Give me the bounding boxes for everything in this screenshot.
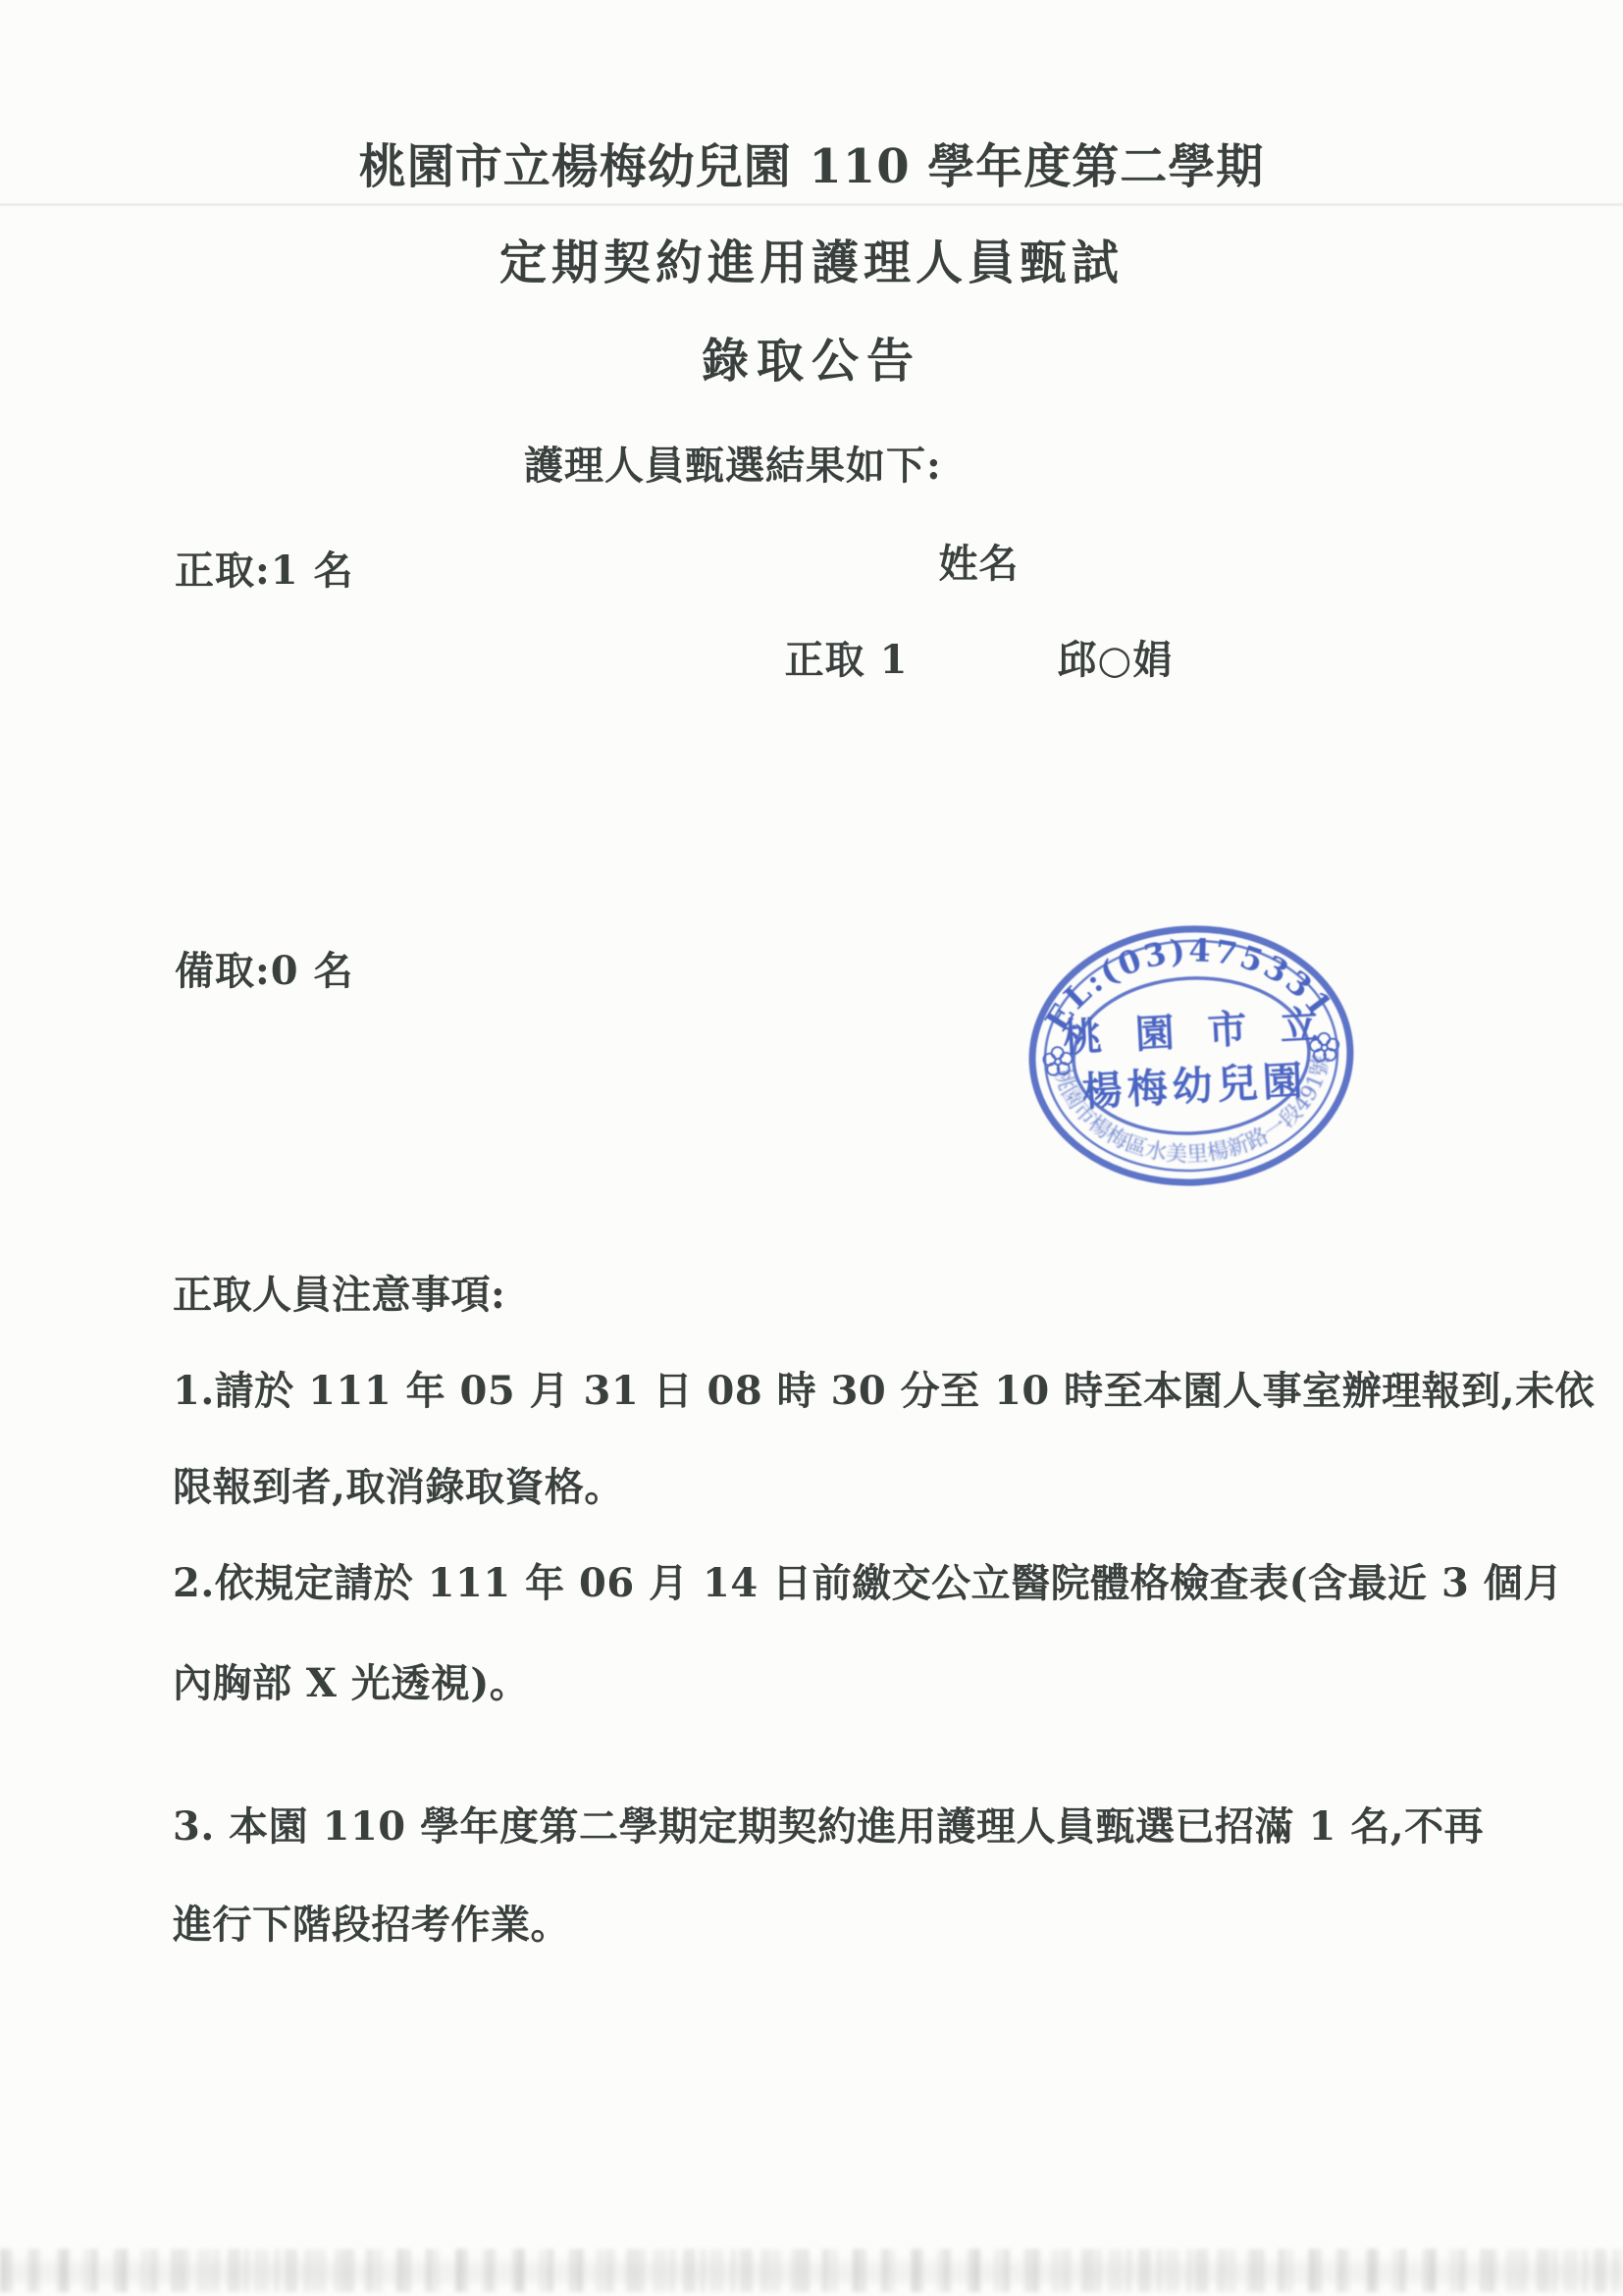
table-column-divider (510, 403, 512, 1232)
note-line: 限報到者,取消錄取資格。 (173, 1456, 1434, 1512)
scan-noise-band (0, 2249, 1623, 2292)
note-line: 進行下階段招考作業。 (173, 1894, 1434, 1950)
name-column-header: 姓名 (512, 533, 1445, 589)
note-line: 1.請於 111 年 05 月 31 日 08 時 30 分至 10 時至本園人… (173, 1360, 1434, 1416)
stamp-org-line1: 桃 園 市 立 (1062, 1002, 1331, 1062)
table-row-line (153, 509, 1447, 511)
announcement-title: 錄取公告 (0, 323, 1623, 391)
notes-heading: 正取人員注意事項: (173, 1264, 1434, 1320)
table-row-line (510, 706, 1447, 708)
page-title: 桃園市立楊梅幼兒園 110 學年度第二學期 (0, 129, 1623, 196)
waitlist-count-cell: 備取:0 名 (175, 940, 354, 996)
table-section-line (153, 908, 1447, 910)
table-row-line (510, 605, 1447, 607)
admitted-row: 正取 1 邱○娟 (512, 629, 1445, 685)
stamp-group: TEL:(03)4753312 桃園市楊梅區水美里楊新路一段491號 桃 園 市… (1021, 917, 1357, 1192)
page-subtitle: 定期契約進用護理人員甄試 (0, 225, 1623, 292)
admitted-rank: 正取 1 (785, 629, 909, 685)
official-seal-stamp: TEL:(03)4753312 桃園市楊梅區水美里楊新路一段491號 桃 園 市… (1021, 917, 1362, 1194)
note-line: 3. 本園 110 學年度第二學期定期契約進用護理人員甄選已招滿 1 名,不再 (173, 1796, 1434, 1852)
result-note-cell: 護理人員甄選結果如下: (524, 435, 942, 491)
note-line: 內胸部 X 光透視)。 (173, 1652, 1434, 1708)
admitted-name: 邱○娟 (1057, 629, 1173, 685)
scan-artifact-line (0, 203, 1623, 206)
admitted-count-cell: 正取:1 名 (175, 540, 354, 596)
notes-box: 正取人員注意事項: 1.請於 111 年 05 月 31 日 08 時 30 分… (153, 1238, 1447, 2005)
document-page: 桃園市立楊梅幼兒園 110 學年度第二學期 定期契約進用護理人員甄試 錄取公告 … (0, 0, 1623, 2296)
table-row-line (510, 810, 1447, 812)
note-line: 2.依規定請於 111 年 06 月 14 日前繳交公立醫院體格檢查表(含最近 … (173, 1552, 1434, 1608)
